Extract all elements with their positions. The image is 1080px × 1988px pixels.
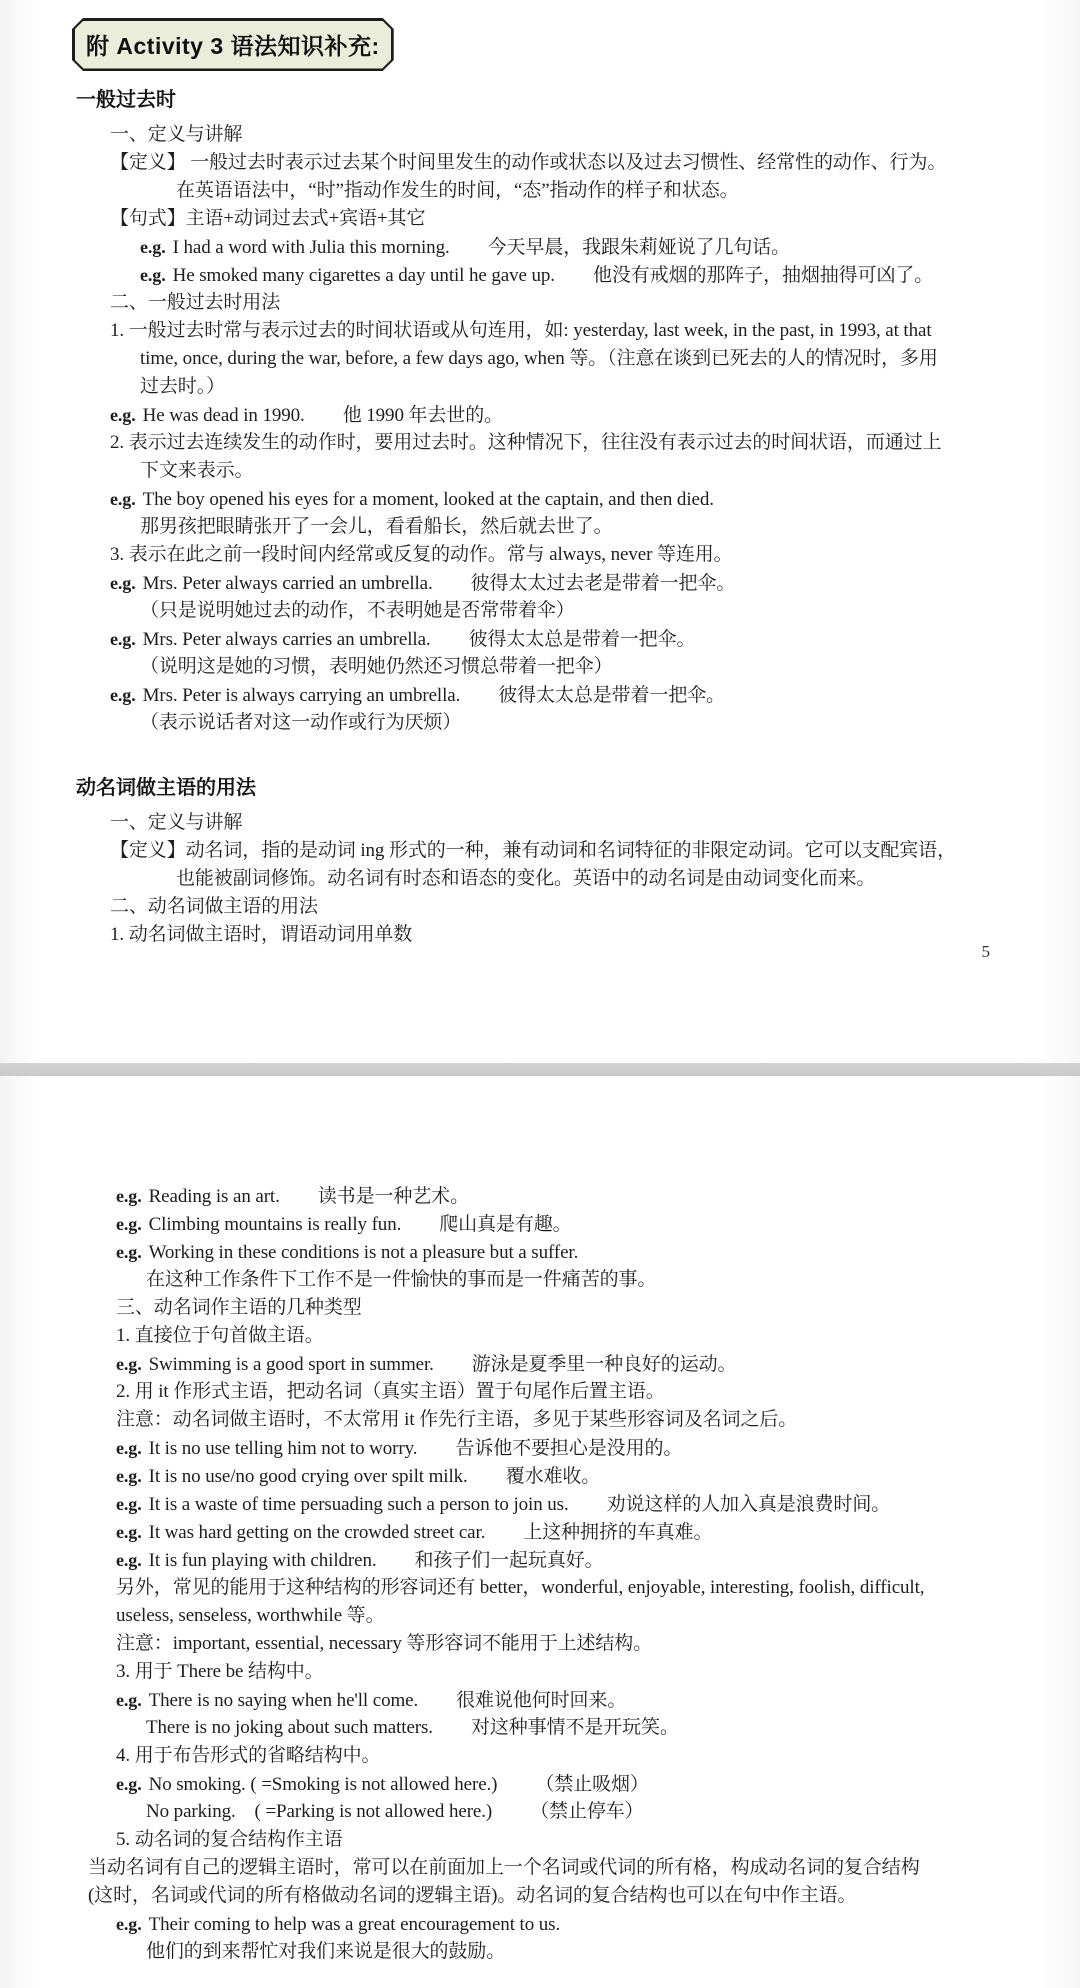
line-text: 注意：动名词做主语时，不太常用 it 作先行主语，多见于某些形容词及名词之后。 xyxy=(116,1409,797,1430)
line-translation: 爬山真是有趣。 xyxy=(439,1214,571,1235)
line-text: It was hard getting on the crowded stree… xyxy=(149,1522,486,1543)
text-line: 下文来表示。 xyxy=(140,457,1002,485)
text-line: 另外，常见的能用于这种结构的形容词还有 better，wonderful, en… xyxy=(116,1574,1010,1602)
line-text: （只是说明她过去的动作，不表明她是否常带着伞） xyxy=(140,600,575,621)
line-text: It is no use/no good crying over spilt m… xyxy=(149,1466,468,1487)
text-line: e.g.It was hard getting on the crowded s… xyxy=(116,1518,1010,1546)
text-line: 在英语语法中，“时”指动作发生的时间，“态”指动作的样子和状态。 xyxy=(176,177,1002,205)
line-translation: 覆水难收。 xyxy=(506,1466,601,1487)
line-translation: 他没有戒烟的那阵子，抽烟抽得可凶了。 xyxy=(593,265,933,286)
line-text: 1. 动名词做主语时，谓语动词用单数 xyxy=(110,924,412,945)
page2-lines: e.g.Reading is an art.读书是一种艺术。e.g.Climbi… xyxy=(84,1182,1010,1966)
line-text: 1. 一般过去时常与表示过去的时间状语或从句连用，如: yesterday, l… xyxy=(110,320,932,341)
text-line: e.g.Mrs. Peter always carried an umbrell… xyxy=(110,569,1002,597)
line-text: He smoked many cigarettes a day until he… xyxy=(173,265,555,286)
line-text: There is no saying when he'll come. xyxy=(149,1690,419,1711)
line-text: time, once, during the war, before, a fe… xyxy=(140,348,938,369)
eg-label: e.g. xyxy=(110,629,136,649)
text-line: 一、定义与讲解 xyxy=(110,121,1002,149)
line-text: 5. 动名词的复合结构作主语 xyxy=(116,1829,343,1850)
line-text: There is no joking about such matters. xyxy=(146,1717,433,1738)
line-text: No parking. ( =Parking is not allowed he… xyxy=(146,1801,492,1822)
text-line: 【句式】主语+动词过去式+宾语+其它 xyxy=(110,205,1002,233)
text-line: e.g.He smoked many cigarettes a day unti… xyxy=(140,261,1002,289)
text-line: 1. 一般过去时常与表示过去的时间状语或从句连用，如: yesterday, l… xyxy=(110,317,1002,345)
line-text: 二、一般过去时用法 xyxy=(110,292,280,313)
text-line: 一、定义与讲解 xyxy=(110,809,1002,837)
line-text: 在这种工作条件下工作不是一件愉快的事而是一件痛苦的事。 xyxy=(146,1269,656,1290)
text-line: 1. 直接位于句首做主语。 xyxy=(116,1322,1010,1350)
line-translation: （禁止吸烟） xyxy=(535,1774,648,1795)
line-translation: 彼得太太总是带着一把伞。 xyxy=(498,685,725,706)
line-text: 一、定义与讲解 xyxy=(110,124,242,145)
text-line: 2. 表示过去连续发生的动作时，要用过去时。这种情况下，往往没有表示过去的时间状… xyxy=(110,429,1002,457)
line-text: The boy opened his eyes for a moment, lo… xyxy=(143,489,714,510)
section-heading-past-tense: 一般过去时 xyxy=(76,83,1002,112)
text-line: e.g.It is no use telling him not to worr… xyxy=(116,1434,1010,1462)
line-text: I had a word with Julia this morning. xyxy=(173,237,450,258)
text-line: 过去时。） xyxy=(140,373,1002,401)
text-line: 在这种工作条件下工作不是一件愉快的事而是一件痛苦的事。 xyxy=(146,1266,1010,1294)
line-translation: 告诉他不要担心是没用的。 xyxy=(455,1438,682,1459)
section-heading-gerund-subject: 动名词做主语的用法 xyxy=(76,771,1002,800)
line-translation: 游泳是夏季里一种良好的运动。 xyxy=(472,1354,737,1375)
text-line: 3. 用于 There be 结构中。 xyxy=(116,1658,1010,1686)
text-line: e.g.Reading is an art.读书是一种艺术。 xyxy=(116,1182,1010,1210)
text-line: 也能被副词修饰。动名词有时态和语态的变化。英语中的动名词是由动词变化而来。 xyxy=(176,865,1002,893)
text-line: e.g.It is no use/no good crying over spi… xyxy=(116,1462,1010,1490)
text-line: e.g.Climbing mountains is really fun.爬山真… xyxy=(116,1210,1010,1238)
text-line: e.g.Swimming is a good sport in summer.游… xyxy=(116,1350,1010,1378)
text-line: useless, senseless, worthwhile 等。 xyxy=(116,1602,1010,1630)
line-text: （说明这是她的习惯，表明她仍然还习惯总带着一把伞） xyxy=(140,656,613,677)
line-text: Their coming to help was a great encoura… xyxy=(149,1914,561,1935)
text-line: e.g.It is fun playing with children.和孩子们… xyxy=(116,1546,1010,1574)
line-text: 过去时。） xyxy=(140,376,225,397)
text-line: 注意：important, essential, necessary 等形容词不… xyxy=(116,1630,1010,1658)
text-line: 1. 动名词做主语时，谓语动词用单数 xyxy=(110,921,1002,949)
text-line: e.g.There is no saying when he'll come.很… xyxy=(116,1686,1010,1714)
line-translation: （禁止停车） xyxy=(530,1801,643,1822)
document-canvas: 附 Activity 3 语法知识补充: 一般过去时 一、定义与讲解【定义】 一… xyxy=(0,0,1080,1988)
line-text: 下文来表示。 xyxy=(140,460,253,481)
line-text: He was dead in 1990. xyxy=(143,405,305,426)
eg-label: e.g. xyxy=(110,685,136,705)
line-translation: 劝说这样的人加入真是浪费时间。 xyxy=(607,1494,891,1515)
text-line: 【定义】 一般过去时表示过去某个时间里发生的动作或状态以及过去习惯性、经常性的动… xyxy=(110,149,1002,177)
eg-label: e.g. xyxy=(116,1550,142,1570)
line-text: 【句式】主语+动词过去式+宾语+其它 xyxy=(110,208,425,229)
eg-label: e.g. xyxy=(116,1186,142,1206)
line-translation: 今天早晨，我跟朱莉娅说了几句话。 xyxy=(488,237,790,258)
line-translation: 对这种事情不是开玩笑。 xyxy=(471,1717,679,1738)
line-text: Swimming is a good sport in summer. xyxy=(149,1354,434,1375)
line-text: It is no use telling him not to worry. xyxy=(149,1438,418,1459)
eg-label: e.g. xyxy=(116,1214,142,1234)
line-text: 在英语语法中，“时”指动作发生的时间，“态”指动作的样子和状态。 xyxy=(176,180,739,201)
line-translation: 和孩子们一起玩真好。 xyxy=(415,1550,604,1571)
line-text: 1. 直接位于句首做主语。 xyxy=(116,1325,324,1346)
eg-label: e.g. xyxy=(110,489,136,509)
eg-label: e.g. xyxy=(116,1690,142,1710)
line-text: 当动名词有自己的逻辑主语时，常可以在前面加上一个名词或代词的所有格，构成动名词的… xyxy=(88,1857,920,1878)
eg-label: e.g. xyxy=(110,405,136,425)
eg-label: e.g. xyxy=(116,1494,142,1514)
line-text: 【定义】动名词，指的是动词 ing 形式的一种，兼有动词和名词特征的非限定动词。… xyxy=(110,840,956,861)
page-title: 附 Activity 3 语法知识补充: xyxy=(86,33,380,59)
line-text: 另外，常见的能用于这种结构的形容词还有 better，wonderful, en… xyxy=(116,1577,924,1598)
line-text: 注意：important, essential, necessary 等形容词不… xyxy=(116,1633,652,1654)
line-translation: 上这种拥挤的车真难。 xyxy=(523,1522,712,1543)
text-line: 二、一般过去时用法 xyxy=(110,289,1002,317)
text-line: 5. 动名词的复合结构作主语 xyxy=(116,1826,1010,1854)
page-separator xyxy=(0,1063,1080,1076)
line-translation: 他 1990 年去世的。 xyxy=(343,405,503,426)
text-line: (这时，名词或代词的所有格做动名词的逻辑主语)。动名词的复合结构也可以在句中作主… xyxy=(88,1882,1010,1910)
text-line: 三、动名词作主语的几种类型 xyxy=(116,1294,1010,1322)
line-text: (这时，名词或代词的所有格做动名词的逻辑主语)。动名词的复合结构也可以在句中作主… xyxy=(88,1885,856,1906)
line-text: 他们的到来帮忙对我们来说是很大的鼓励。 xyxy=(146,1941,505,1962)
eg-label: e.g. xyxy=(116,1914,142,1934)
eg-label: e.g. xyxy=(116,1522,142,1542)
text-line: e.g.Their coming to help was a great enc… xyxy=(116,1910,1010,1938)
line-text: useless, senseless, worthwhile 等。 xyxy=(116,1605,384,1626)
text-line: 那男孩把眼睛张开了一会儿，看看船长，然后就去世了。 xyxy=(140,513,1002,541)
line-text: 二、动名词做主语的用法 xyxy=(110,896,318,917)
line-text: 一、定义与讲解 xyxy=(110,812,242,833)
line-translation: 读书是一种艺术。 xyxy=(318,1186,469,1207)
line-text: Reading is an art. xyxy=(149,1186,280,1207)
line-translation: 彼得太太过去老是带着一把伞。 xyxy=(471,573,736,594)
line-text: 2. 表示过去连续发生的动作时，要用过去时。这种情况下，往往没有表示过去的时间状… xyxy=(110,432,941,453)
text-line: 4. 用于布告形式的省略结构中。 xyxy=(116,1742,1010,1770)
line-text: 3. 表示在此之前一段时间内经常或反复的动作。常与 always, never … xyxy=(110,544,733,565)
text-line: 他们的到来帮忙对我们来说是很大的鼓励。 xyxy=(146,1938,1010,1966)
line-text: No smoking. ( =Smoking is not allowed he… xyxy=(149,1774,498,1795)
line-text: Climbing mountains is really fun. xyxy=(149,1214,402,1235)
eg-label: e.g. xyxy=(116,1774,142,1794)
section-past-tense-lines: 一、定义与讲解【定义】 一般过去时表示过去某个时间里发生的动作或状态以及过去习惯… xyxy=(78,121,1002,737)
line-text: 那男孩把眼睛张开了一会儿，看看船长，然后就去世了。 xyxy=(140,516,613,537)
line-text: It is fun playing with children. xyxy=(149,1550,377,1571)
eg-label: e.g. xyxy=(116,1242,142,1262)
text-line: e.g.Mrs. Peter is always carrying an umb… xyxy=(110,681,1002,709)
text-line: 【定义】动名词，指的是动词 ing 形式的一种，兼有动词和名词特征的非限定动词。… xyxy=(110,837,1002,865)
line-translation: 很难说他何时回来。 xyxy=(456,1690,626,1711)
page-1: 附 Activity 3 语法知识补充: 一般过去时 一、定义与讲解【定义】 一… xyxy=(0,0,1080,1063)
text-line: （说明这是她的习惯，表明她仍然还习惯总带着一把伞） xyxy=(140,653,1002,681)
text-line: e.g.Working in these conditions is not a… xyxy=(116,1238,1010,1266)
line-translation: 彼得太太总是带着一把伞。 xyxy=(469,629,696,650)
eg-label: e.g. xyxy=(116,1354,142,1374)
line-text: Mrs. Peter is always carrying an umbrell… xyxy=(143,685,461,706)
text-line: （只是说明她过去的动作，不表明她是否常带着伞） xyxy=(140,597,1002,625)
line-text: 2. 用 it 作形式主语，把动名词（真实主语）置于句尾作后置主语。 xyxy=(116,1381,665,1402)
text-line: e.g.Mrs. Peter always carries an umbrell… xyxy=(110,625,1002,653)
eg-label: e.g. xyxy=(140,237,166,257)
eg-label: e.g. xyxy=(116,1466,142,1486)
line-text: 4. 用于布告形式的省略结构中。 xyxy=(116,1745,380,1766)
text-line: 当动名词有自己的逻辑主语时，常可以在前面加上一个名词或代词的所有格，构成动名词的… xyxy=(88,1854,1010,1882)
text-line: There is no joking about such matters.对这… xyxy=(146,1714,1010,1742)
text-line: 二、动名词做主语的用法 xyxy=(110,893,1002,921)
text-line: （表示说话者对这一动作或行为厌烦） xyxy=(140,709,1002,737)
line-text: Mrs. Peter always carried an umbrella. xyxy=(143,573,433,594)
line-text: 3. 用于 There be 结构中。 xyxy=(116,1661,324,1682)
page-number: 5 xyxy=(982,942,991,962)
line-text: （表示说话者对这一动作或行为厌烦） xyxy=(140,712,461,733)
line-text: 也能被副词修饰。动名词有时态和语态的变化。英语中的动名词是由动词变化而来。 xyxy=(176,868,875,889)
line-text: Mrs. Peter always carries an umbrella. xyxy=(143,629,431,650)
text-line: time, once, during the war, before, a fe… xyxy=(140,345,1002,373)
eg-label: e.g. xyxy=(140,265,166,285)
text-line: 注意：动名词做主语时，不太常用 it 作先行主语，多见于某些形容词及名词之后。 xyxy=(116,1406,1010,1434)
line-text: 三、动名词作主语的几种类型 xyxy=(116,1297,362,1318)
line-text: It is a waste of time persuading such a … xyxy=(149,1494,569,1515)
eg-label: e.g. xyxy=(110,573,136,593)
text-line: e.g.No smoking. ( =Smoking is not allowe… xyxy=(116,1770,1010,1798)
text-line: 3. 表示在此之前一段时间内经常或反复的动作。常与 always, never … xyxy=(110,541,1002,569)
text-line: e.g.He was dead in 1990.他 1990 年去世的。 xyxy=(110,401,1002,429)
text-line: e.g.It is a waste of time persuading suc… xyxy=(116,1490,1010,1518)
section-gerund-lines: 一、定义与讲解【定义】动名词，指的是动词 ing 形式的一种，兼有动词和名词特征… xyxy=(78,809,1002,949)
text-line: e.g.The boy opened his eyes for a moment… xyxy=(110,485,1002,513)
title-box: 附 Activity 3 语法知识补充: xyxy=(72,18,394,71)
line-text: 【定义】 一般过去时表示过去某个时间里发生的动作或状态以及过去习惯性、经常性的动… xyxy=(110,152,946,173)
line-text: Working in these conditions is not a ple… xyxy=(149,1242,579,1263)
eg-label: e.g. xyxy=(116,1438,142,1458)
text-line: No parking. ( =Parking is not allowed he… xyxy=(146,1798,1010,1826)
text-line: 2. 用 it 作形式主语，把动名词（真实主语）置于句尾作后置主语。 xyxy=(116,1378,1010,1406)
text-line: e.g.I had a word with Julia this morning… xyxy=(140,233,1002,261)
page-2: e.g.Reading is an art.读书是一种艺术。e.g.Climbi… xyxy=(0,1076,1080,1988)
